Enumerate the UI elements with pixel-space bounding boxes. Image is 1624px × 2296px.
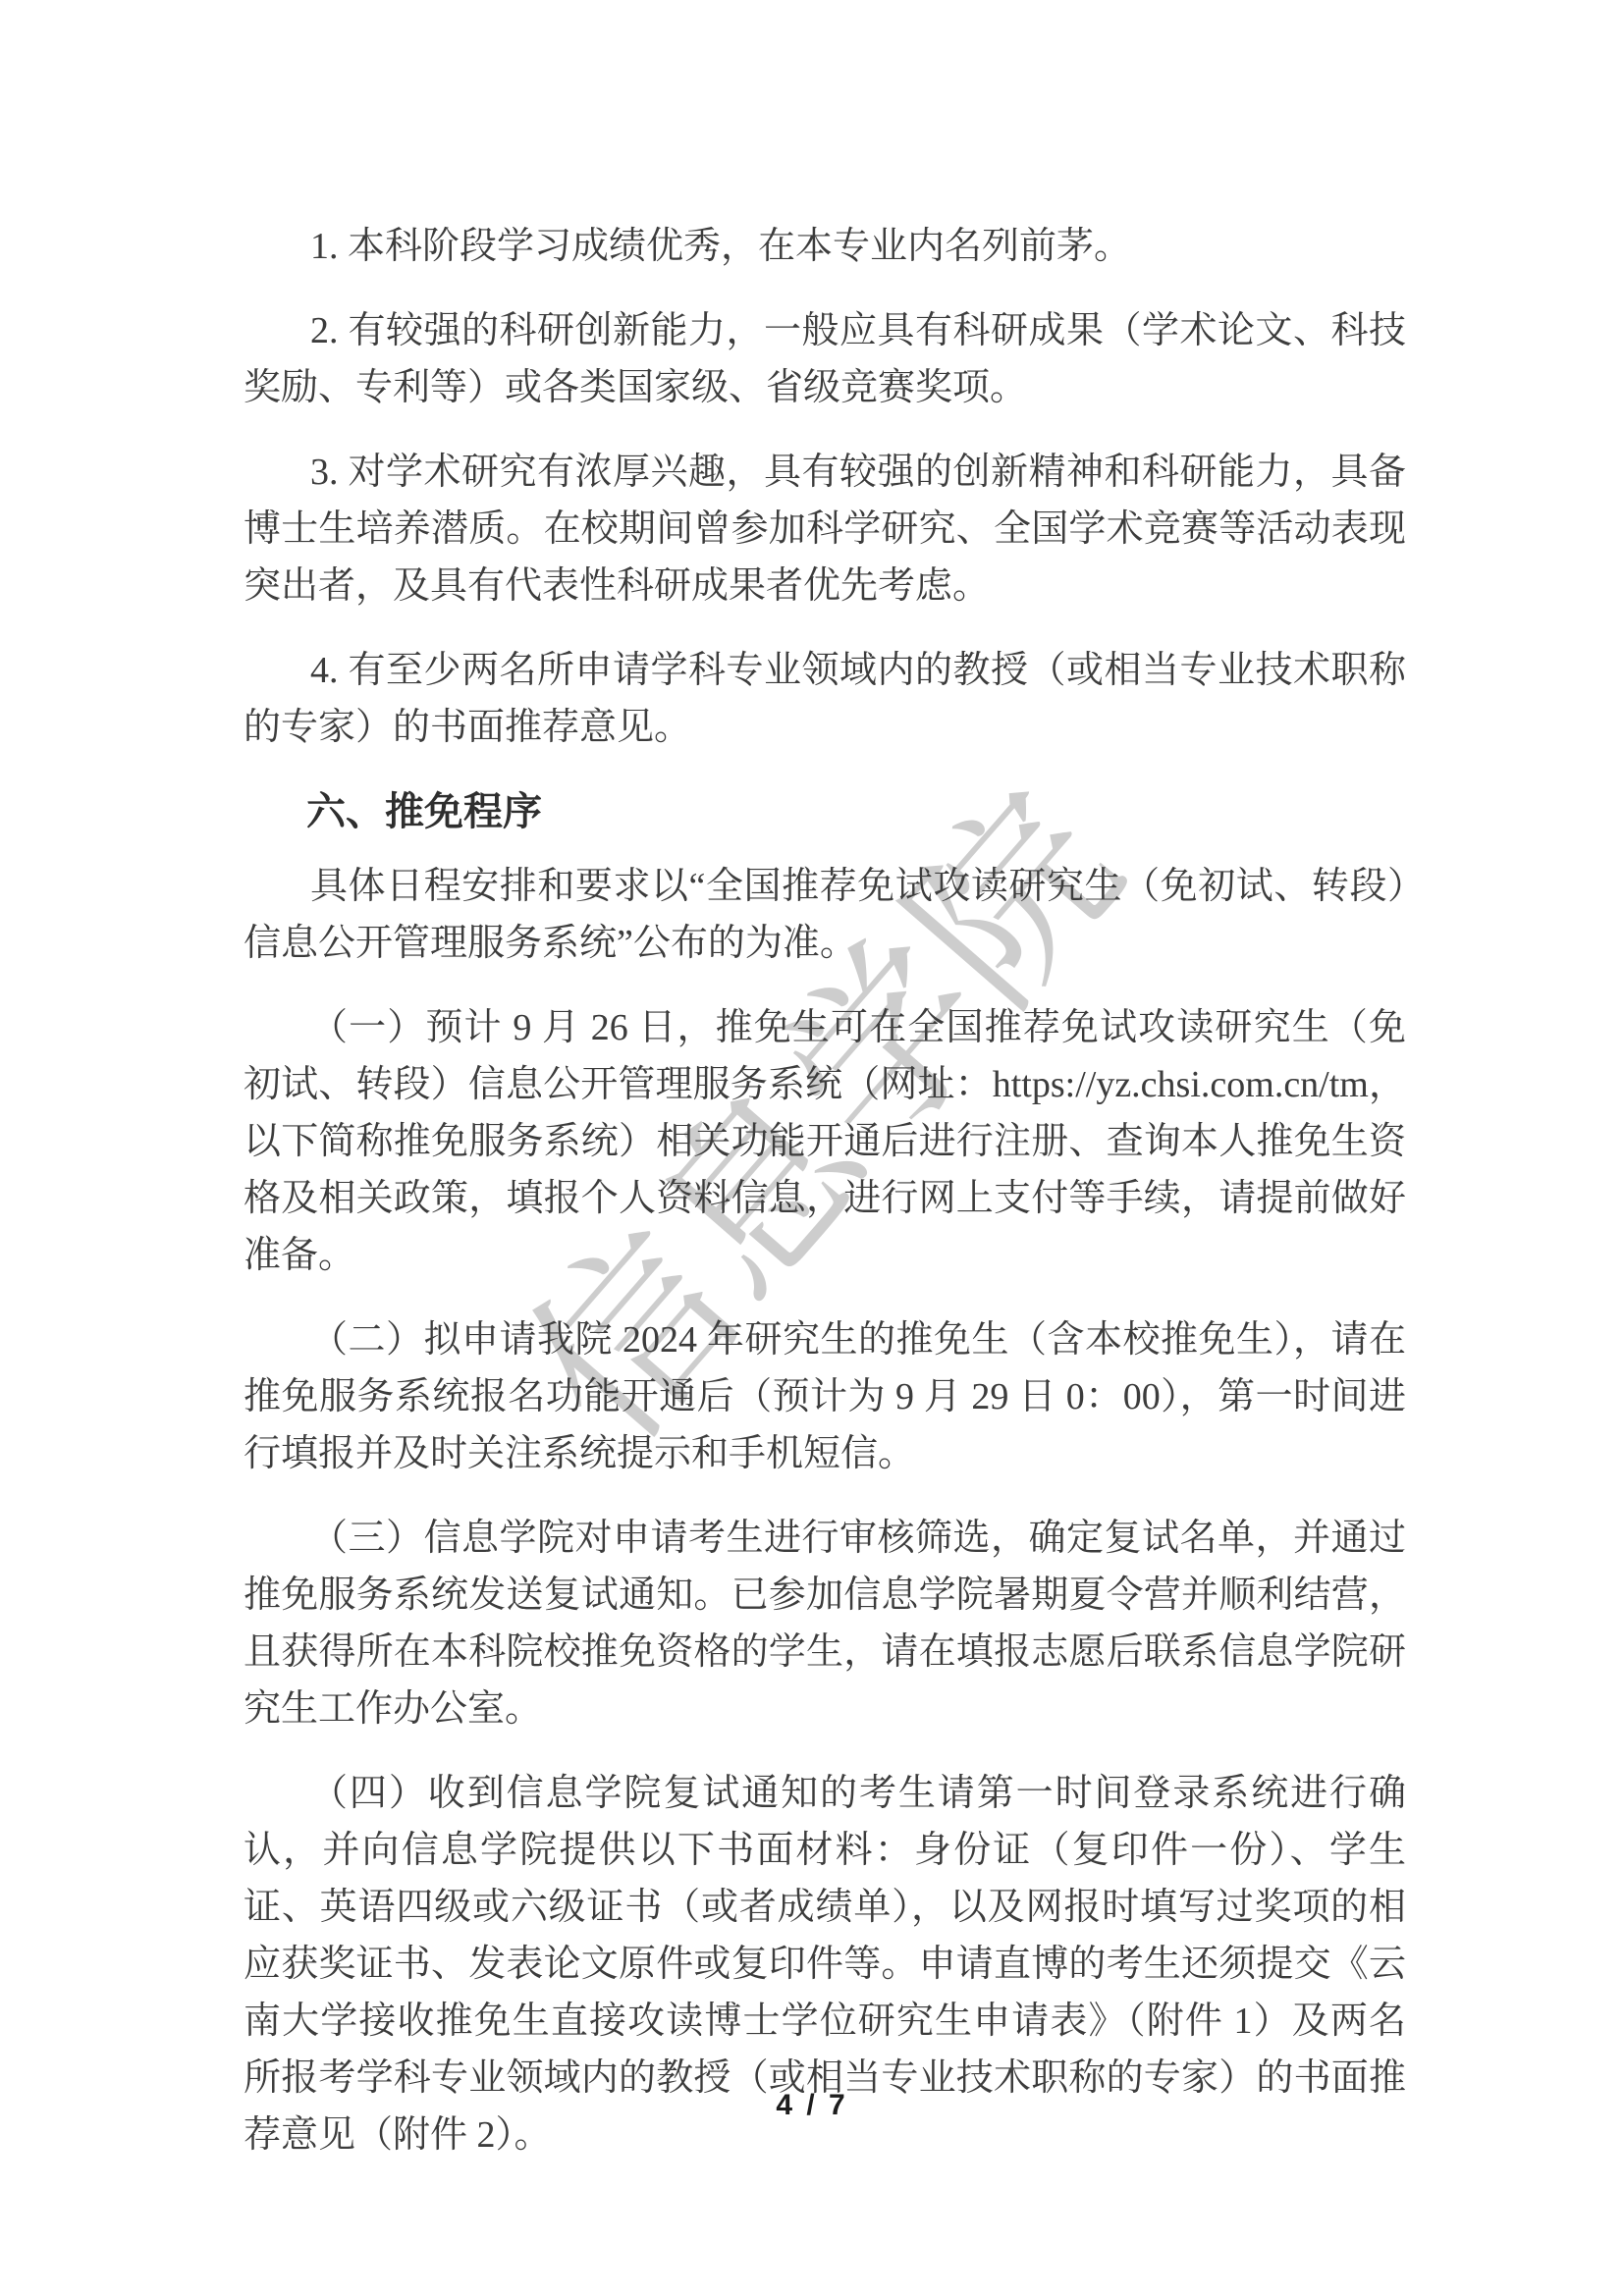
numbered-item-3: 3. 对学术研究有浓厚兴趣，具有较强的创新精神和科研能力，具备博士生培养潜质。在…: [244, 444, 1406, 614]
procedure-paragraph-1: （一）预计 9 月 26 日，推免生可在全国推荐免试攻读研究生（免初试、转段）信…: [244, 999, 1406, 1284]
procedure-paragraph-2: （二）拟申请我院 2024 年研究生的推免生（含本校推免生），请在推免服务系统报…: [244, 1311, 1406, 1482]
section-heading: 六、推免程序: [244, 783, 1406, 840]
numbered-item-2: 2. 有较强的科研创新能力，一般应具有科研成果（学术论文、科技奖励、专利等）或各…: [244, 302, 1406, 416]
intro-paragraph: 具体日程安排和要求以“全国推荐免试攻读研究生（免初试、转段）信息公开管理服务系统…: [244, 858, 1406, 972]
procedure-paragraph-3: （三）信息学院对申请考生进行审核筛选，确定复试名单，并通过推免服务系统发送复试通…: [244, 1510, 1406, 1737]
document-page: 信息学院 1. 本科阶段学习成绩优秀，在本专业内名列前茅。 2. 有较强的科研创…: [0, 0, 1624, 2296]
numbered-item-1: 1. 本科阶段学习成绩优秀，在本专业内名列前茅。: [244, 218, 1406, 275]
page-content: 1. 本科阶段学习成绩优秀，在本专业内名列前茅。 2. 有较强的科研创新能力，一…: [244, 218, 1406, 2191]
page-number: 4 / 7: [0, 2089, 1624, 2122]
numbered-item-4: 4. 有至少两名所申请学科专业领域内的教授（或相当专业技术职称的专家）的书面推荐…: [244, 642, 1406, 756]
